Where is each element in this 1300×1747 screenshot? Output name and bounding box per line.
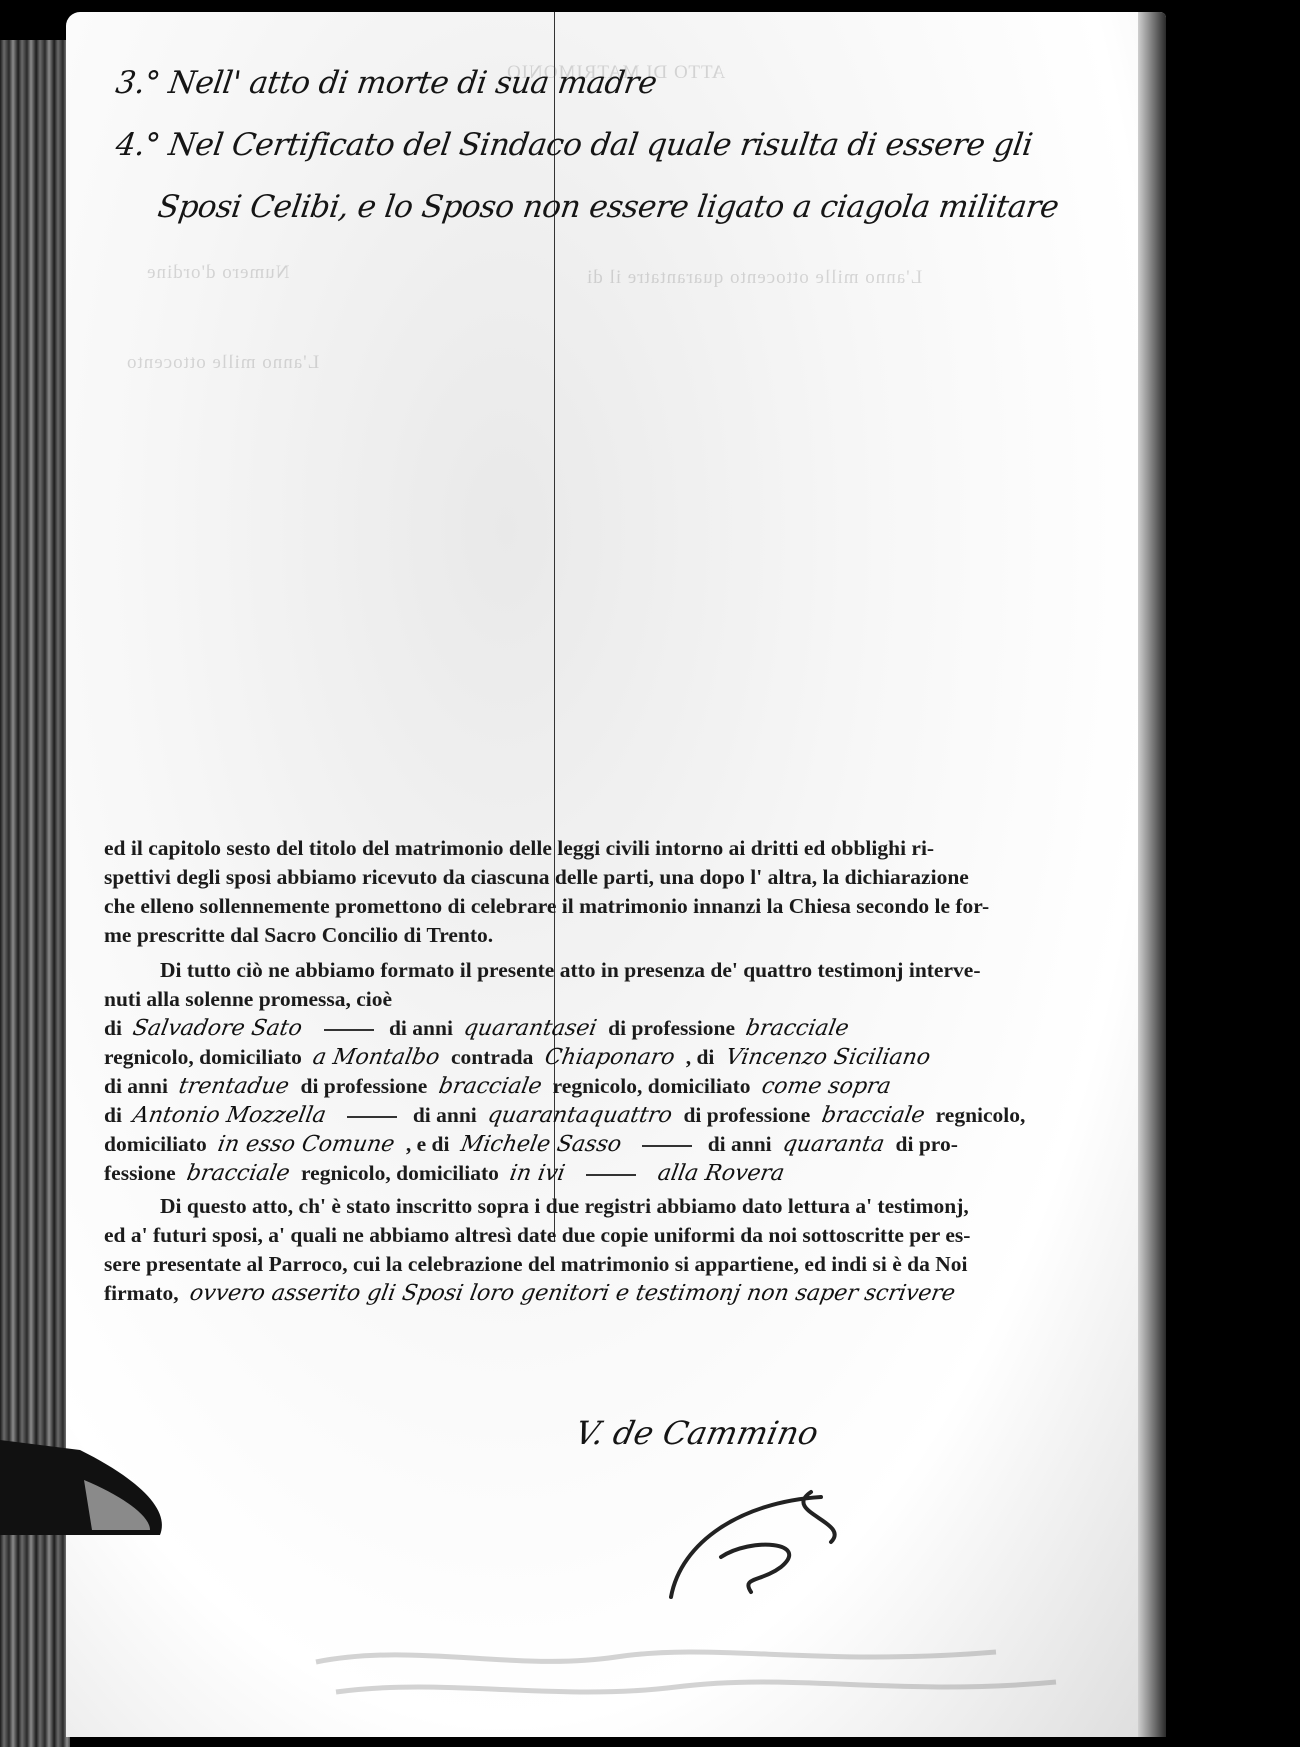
witness-1-name: Salvadore Sato (131, 1014, 305, 1043)
witness-4-profession: bracciale (184, 1159, 292, 1188)
closing-line: firmato, ovvero asserito gli Sposi loro … (104, 1279, 1154, 1308)
witness-2-name: Vincenzo Siciliano (723, 1043, 932, 1072)
bleed-through-text: L'anno mille ottocento quarantatre il di (586, 267, 922, 289)
note-line-4a: 4.° Nel Certificato del Sindaco dal qual… (112, 114, 1166, 176)
witness-3-name: Antonio Mozzella (131, 1101, 329, 1130)
printed-line: che elleno sollennemente promettono di c… (104, 892, 1154, 921)
handwritten-notes: 3.° Nell' atto di morte di sua madre 4.°… (116, 52, 1166, 238)
witness-4-location: alla Rovera (655, 1159, 786, 1188)
binding-tab (0, 1440, 170, 1540)
witness-line-6: fessione bracciale regnicolo, domiciliat… (104, 1159, 1154, 1188)
printed-line: nuti alla solenne promessa, cioè (104, 985, 1154, 1014)
note-line-3: 3.° Nell' atto di morte di sua madre (112, 52, 1166, 114)
dash-rule (586, 1174, 636, 1176)
witness-2-profession: bracciale (436, 1072, 544, 1101)
signature-flourish-icon (661, 1482, 861, 1602)
witness-line-3: di anni trentadue di professione braccia… (104, 1072, 1154, 1101)
bleed-through-script (296, 1632, 1096, 1712)
printed-line: ed a' futuri sposi, a' quali ne abbiamo … (104, 1221, 1154, 1250)
printed-line: Di questo atto, ch' è stato inscritto so… (104, 1192, 1154, 1221)
bleed-through-text: L'anno mille ottocento (126, 352, 319, 374)
printed-line: ed il capitolo sesto del titolo del matr… (104, 834, 1154, 863)
closing-handwritten: ovvero asserito gli Sposi loro genitori … (187, 1279, 957, 1308)
witness-1-profession: bracciale (744, 1014, 852, 1043)
printed-line: spettivi degli sposi abbiamo ricevuto da… (104, 863, 1154, 892)
witness-line-5: domiciliato in esso Comune , e di Michel… (104, 1130, 1154, 1159)
dash-rule (347, 1116, 397, 1118)
witness-4-age: quaranta (780, 1130, 886, 1159)
witness-2-age: trentadue (177, 1072, 292, 1101)
register-page: ATTO DI MATRIMONIO Numero d'ordine L'ann… (66, 12, 1166, 1737)
printed-line: me prescritte dal Sacro Concilio di Tren… (104, 921, 1154, 950)
witness-4-name: Michele Sasso (458, 1130, 623, 1159)
printed-line: Di tutto ciò ne abbiamo formato il prese… (104, 956, 1154, 985)
dash-rule (324, 1029, 374, 1031)
witness-1-contrada: Chiaponaro (542, 1043, 677, 1072)
witness-3-age: quarantaquattro (486, 1101, 675, 1130)
printed-form-body: ed il capitolo sesto del titolo del matr… (104, 834, 1154, 1308)
witness-3-profession: bracciale (819, 1101, 927, 1130)
officer-signature: V. de Cammino (572, 1414, 822, 1452)
note-line-4b: Sposi Celibi, e lo Sposo non essere liga… (112, 176, 1166, 238)
witness-3-domicile: in esso Comune (216, 1130, 397, 1159)
witness-2-domicile: come sopra (759, 1072, 893, 1101)
printed-line: sere presentate al Parroco, cui la celeb… (104, 1250, 1154, 1279)
witness-line-1: di Salvadore Sato di anni quarantasei di… (104, 1014, 1154, 1043)
witness-4-domicile: in ivi (508, 1159, 568, 1188)
witness-1-domicile: a Montalbo (311, 1043, 442, 1072)
dash-rule (642, 1145, 692, 1147)
witness-line-4: di Antonio Mozzella di anni quarantaquat… (104, 1101, 1154, 1130)
witness-1-age: quarantasei (462, 1014, 600, 1043)
witness-line-2: regnicolo, domiciliato a Montalbo contra… (104, 1043, 1154, 1072)
bleed-through-text: Numero d'ordine (146, 262, 289, 284)
